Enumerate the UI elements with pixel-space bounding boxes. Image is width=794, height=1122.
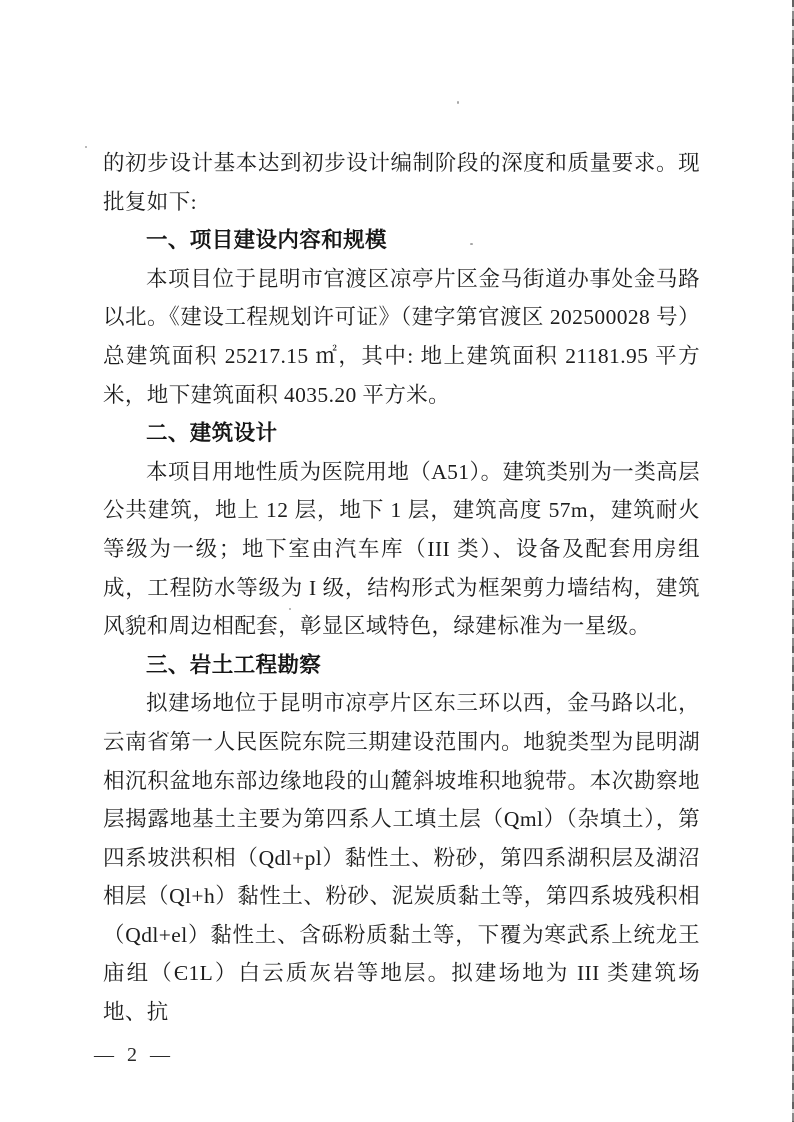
scan-speck (289, 608, 291, 610)
page-number: — 2 — (94, 1044, 174, 1066)
scan-speck (167, 732, 169, 734)
scan-speck (470, 243, 473, 245)
section-heading-architectural-design: 二、建筑设计 (103, 414, 700, 453)
document-body: 的初步设计基本达到初步设计编制阶段的深度和质量要求。现批复如下: 一、项目建设内… (103, 144, 700, 1032)
paragraph-continuation: 的初步设计基本达到初步设计编制阶段的深度和质量要求。现批复如下: (103, 144, 700, 221)
scan-speck (85, 146, 87, 148)
section-paragraph-architectural-design: 本项目用地性质为医院用地（A51）。建筑类别为一类高层公共建筑，地上 12 层，… (103, 453, 700, 646)
scan-speck (457, 101, 459, 104)
section-paragraph-geotechnical-survey: 拟建场地位于昆明市凉亭片区东三环以西，金马路以北，云南省第一人民医院东院三期建设… (103, 684, 700, 1031)
section-heading-project-scope: 一、项目建设内容和规模 (103, 221, 700, 260)
section-paragraph-project-scope: 本项目位于昆明市官渡区凉亭片区金马街道办事处金马路以北。《建设工程规划许可证》（… (103, 260, 700, 414)
document-page: 的初步设计基本达到初步设计编制阶段的深度和质量要求。现批复如下: 一、项目建设内… (0, 0, 794, 1122)
section-heading-geotechnical-survey: 三、岩土工程勘察 (103, 646, 700, 685)
